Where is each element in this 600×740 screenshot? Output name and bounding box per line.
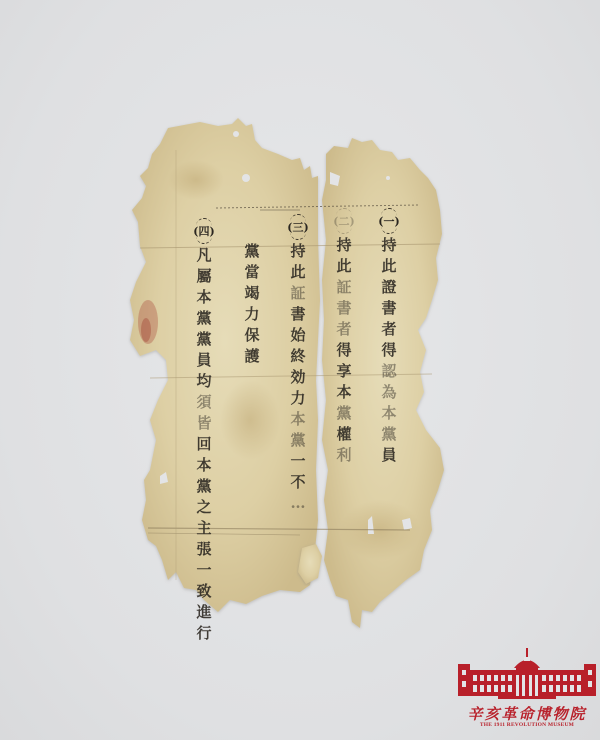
- char: 本: [195, 458, 213, 479]
- char: 員: [195, 353, 213, 374]
- char: 進: [195, 605, 213, 626]
- char: 張: [195, 542, 213, 563]
- char: 証: [289, 286, 307, 307]
- clause-2-column: (二) 持 此 証 書 者 得 享 本 黨 權 利: [335, 208, 353, 469]
- char: 均: [195, 374, 213, 395]
- char: 此: [335, 259, 353, 280]
- char: 員: [380, 448, 398, 469]
- char: 黨: [195, 311, 213, 332]
- char: 為: [380, 385, 398, 406]
- document-artifact: (一) 持 此 證 書 者 得 認 為 本 黨 員 (二) 持 此 証 書 者 …: [0, 0, 600, 740]
- char: 行: [195, 626, 213, 647]
- char: 書: [289, 307, 307, 328]
- char: …: [289, 496, 307, 517]
- char: 本: [195, 290, 213, 311]
- char: 黨: [380, 427, 398, 448]
- museum-building-icon: [458, 646, 596, 702]
- museum-name-chinese: 辛亥革命博物院: [458, 703, 596, 724]
- char: 黨: [289, 433, 307, 454]
- char: 書: [335, 301, 353, 322]
- char: 利: [335, 448, 353, 469]
- char: 書: [380, 301, 398, 322]
- char: 證: [380, 280, 398, 301]
- char: 竭: [243, 286, 261, 307]
- char: 致: [195, 584, 213, 605]
- char: 持: [380, 238, 398, 259]
- char: 本: [380, 406, 398, 427]
- char: 持: [289, 244, 307, 265]
- char: 力: [243, 307, 261, 328]
- char: 當: [243, 265, 261, 286]
- char: 者: [335, 322, 353, 343]
- char: 黨: [243, 244, 261, 265]
- clause-number: (一): [381, 208, 397, 234]
- clause-3-column: (三) 持 此 証 書 始 終 効 力 本 黨 一 不 …: [289, 214, 307, 517]
- char: 力: [289, 391, 307, 412]
- char: 須: [195, 395, 213, 416]
- char: 黨: [335, 406, 353, 427]
- char: 享: [335, 364, 353, 385]
- clause-1-column: (一) 持 此 證 書 者 得 認 為 本 黨 員: [380, 208, 398, 469]
- char: 回: [195, 437, 213, 458]
- char: 保: [243, 328, 261, 349]
- clause-3-continuation-column: 黨 當 竭 力 保 護: [243, 244, 261, 370]
- char: 一: [289, 454, 307, 475]
- char: 凡: [195, 248, 213, 269]
- char: 本: [335, 385, 353, 406]
- char: 始: [289, 328, 307, 349]
- museum-watermark-logo: 辛亥革命博物院 THE 1911 REVOLUTION MUSEUM: [458, 646, 596, 736]
- char: 者: [380, 322, 398, 343]
- char: 主: [195, 521, 213, 542]
- char: 此: [380, 259, 398, 280]
- museum-name-english: THE 1911 REVOLUTION MUSEUM: [458, 722, 596, 728]
- char: 認: [380, 364, 398, 385]
- char: 不: [289, 475, 307, 496]
- char: 黨: [195, 332, 213, 353]
- char: 黨: [195, 479, 213, 500]
- char: 皆: [195, 416, 213, 437]
- char: 本: [289, 412, 307, 433]
- char: 効: [289, 370, 307, 391]
- char: 得: [335, 343, 353, 364]
- char: 終: [289, 349, 307, 370]
- char: 持: [335, 238, 353, 259]
- clause-number: (四): [196, 218, 212, 244]
- char: 証: [335, 280, 353, 301]
- clause-4-column: (四) 凡 屬 本 黨 黨 員 均 須 皆 回 本 黨 之 主 張 一 致 進 …: [195, 218, 213, 647]
- char: 之: [195, 500, 213, 521]
- char: 一: [195, 563, 213, 584]
- char: 護: [243, 349, 261, 370]
- clause-number: (三): [290, 214, 306, 240]
- char: 屬: [195, 269, 213, 290]
- char: 此: [289, 265, 307, 286]
- clause-number: (二): [336, 208, 352, 234]
- char: 權: [335, 427, 353, 448]
- char: 得: [380, 343, 398, 364]
